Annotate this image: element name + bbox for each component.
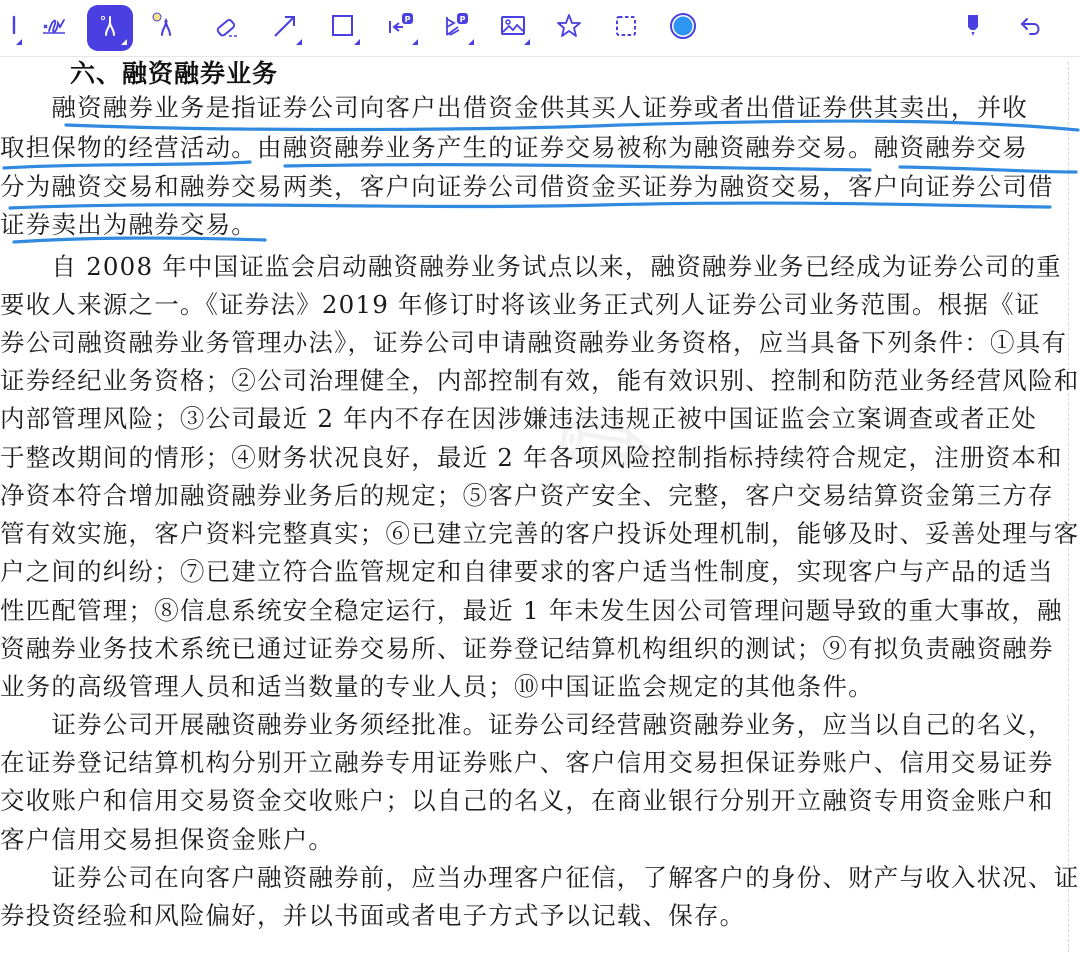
pen-tip-button[interactable] — [950, 5, 996, 51]
undo-icon — [1016, 11, 1046, 45]
text-line: 客户信用交易担保资金账户。 — [0, 822, 1070, 858]
tool-signature[interactable] — [30, 5, 76, 51]
submenu-indicator — [468, 39, 474, 45]
tool-fountain-pen[interactable] — [87, 5, 133, 51]
text-line: 性匹配管理；⑧信息系统安全稳定运行，最近 1 年未发生因公司管理问题导致的重大事… — [0, 593, 1070, 629]
tool-image[interactable] — [490, 5, 536, 51]
star-icon — [554, 11, 584, 45]
submenu-indicator — [354, 39, 360, 45]
text-line: 净资本符合增加融资融券业务后的规定；⑤客户资产安全、完整，客户交易结算资金第三方… — [0, 478, 1070, 514]
text-line: 券投资经验和风险偏好，并以书面或者电子方式予以记载、保存。 — [0, 898, 1070, 934]
text-line: 在证券登记结算机构分别开立融券专用证券账户、客户信用交易担保证券账户、信用交易证… — [0, 745, 1070, 781]
svg-text:P: P — [405, 15, 411, 24]
submenu-indicator — [16, 39, 22, 45]
signature-icon — [38, 11, 68, 45]
tool-shape[interactable] — [320, 5, 366, 51]
submenu-indicator — [296, 39, 302, 45]
tool-highlighter[interactable] — [140, 5, 186, 51]
svg-text:P: P — [460, 15, 466, 24]
highlighter-pen-icon — [148, 11, 178, 45]
text-line: 券公司融资融券业务管理办法》，证券公司申请融资融券业务资格，应当具备下列条件：①… — [0, 325, 1070, 361]
dashed-select-icon — [611, 11, 641, 45]
tool-eraser[interactable] — [203, 5, 249, 51]
eraser-icon — [211, 11, 241, 45]
tool-text-pro[interactable]: P — [378, 5, 424, 51]
tool-pen-partial[interactable] — [0, 5, 28, 51]
section-heading: 六、融资融券业务 — [70, 54, 278, 90]
text-line: 取担保物的经营活动。由融资融券业务产生的证券交易被称为融资融券交易。融资融券交易 — [0, 130, 1070, 166]
text-line: 证券公司开展融资融券业务须经批准。证券公司经营融资融券业务，应当以自己的名义， — [0, 707, 1070, 743]
tool-line[interactable] — [262, 5, 308, 51]
text-line: 管有效实施，客户资料完整真实；⑥已建立完善的客户投诉处理机制，能够及时、妥善处理… — [0, 516, 1070, 552]
text-line: 证券卖出为融券交易。 — [0, 207, 1070, 243]
tool-favorite[interactable] — [546, 5, 592, 51]
submenu-indicator — [412, 39, 418, 45]
text-line: 于整改期间的情形；④财务状况良好，最近 2 年各项风险控制指标持续符合规定，注册… — [0, 440, 1070, 476]
pen-tip-icon — [958, 11, 988, 45]
color-swatch-icon — [668, 11, 698, 45]
text-line: 证券公司在向客户融资融券前，应当办理客户征信，了解客户的身份、财产与收入状况、证 — [0, 860, 1070, 896]
text-line: 业务的高级管理人员和适当数量的专业人员；⑩中国证监会规定的其他条件。 — [0, 669, 1070, 705]
submenu-indicator — [121, 39, 127, 45]
text-line: 交收账户和信用交易资金交收账户；以自己的名义，在商业银行分别开立融资专用资金账户… — [0, 783, 1070, 819]
submenu-indicator — [524, 39, 530, 45]
text-line: 融资融券业务是指证券公司向客户出借资金供其买人证券或者出借证券供其卖出，并收 — [0, 90, 1070, 126]
text-line: 证券经纪业务资格；②公司治理健全，内部控制有效，能有效识别、控制和防范业务经营风… — [0, 363, 1070, 399]
text-line: 资融券业务技术系统已通过证券交易所、证券登记结算机构组织的测试；⑨有拟负责融资融… — [0, 631, 1070, 667]
text-line: 户之间的纠纷；⑦已建立符合监管规定和自律要求的客户适当性制度，实现客户与产品的适… — [0, 554, 1070, 590]
text-line: 自 2008 年中国证监会启动融资融券业务试点以来，融资融券业务已经成为证券公司… — [0, 249, 1070, 285]
annotation-toolbar: P P — [0, 0, 1080, 57]
undo-button[interactable] — [1008, 5, 1054, 51]
tool-laser-pro[interactable]: P — [434, 5, 480, 51]
text-line: 分为融资交易和融券交易两类，客户向证券公司借资金买证券为融资交易，客户向证券公司… — [0, 169, 1070, 205]
tool-color[interactable] — [660, 5, 706, 51]
text-line: 要收人来源之一。《证券法》2019 年修订时将该业务正式列人证券公司业务范围。根… — [0, 287, 1070, 323]
tool-lasso-select[interactable] — [603, 5, 649, 51]
